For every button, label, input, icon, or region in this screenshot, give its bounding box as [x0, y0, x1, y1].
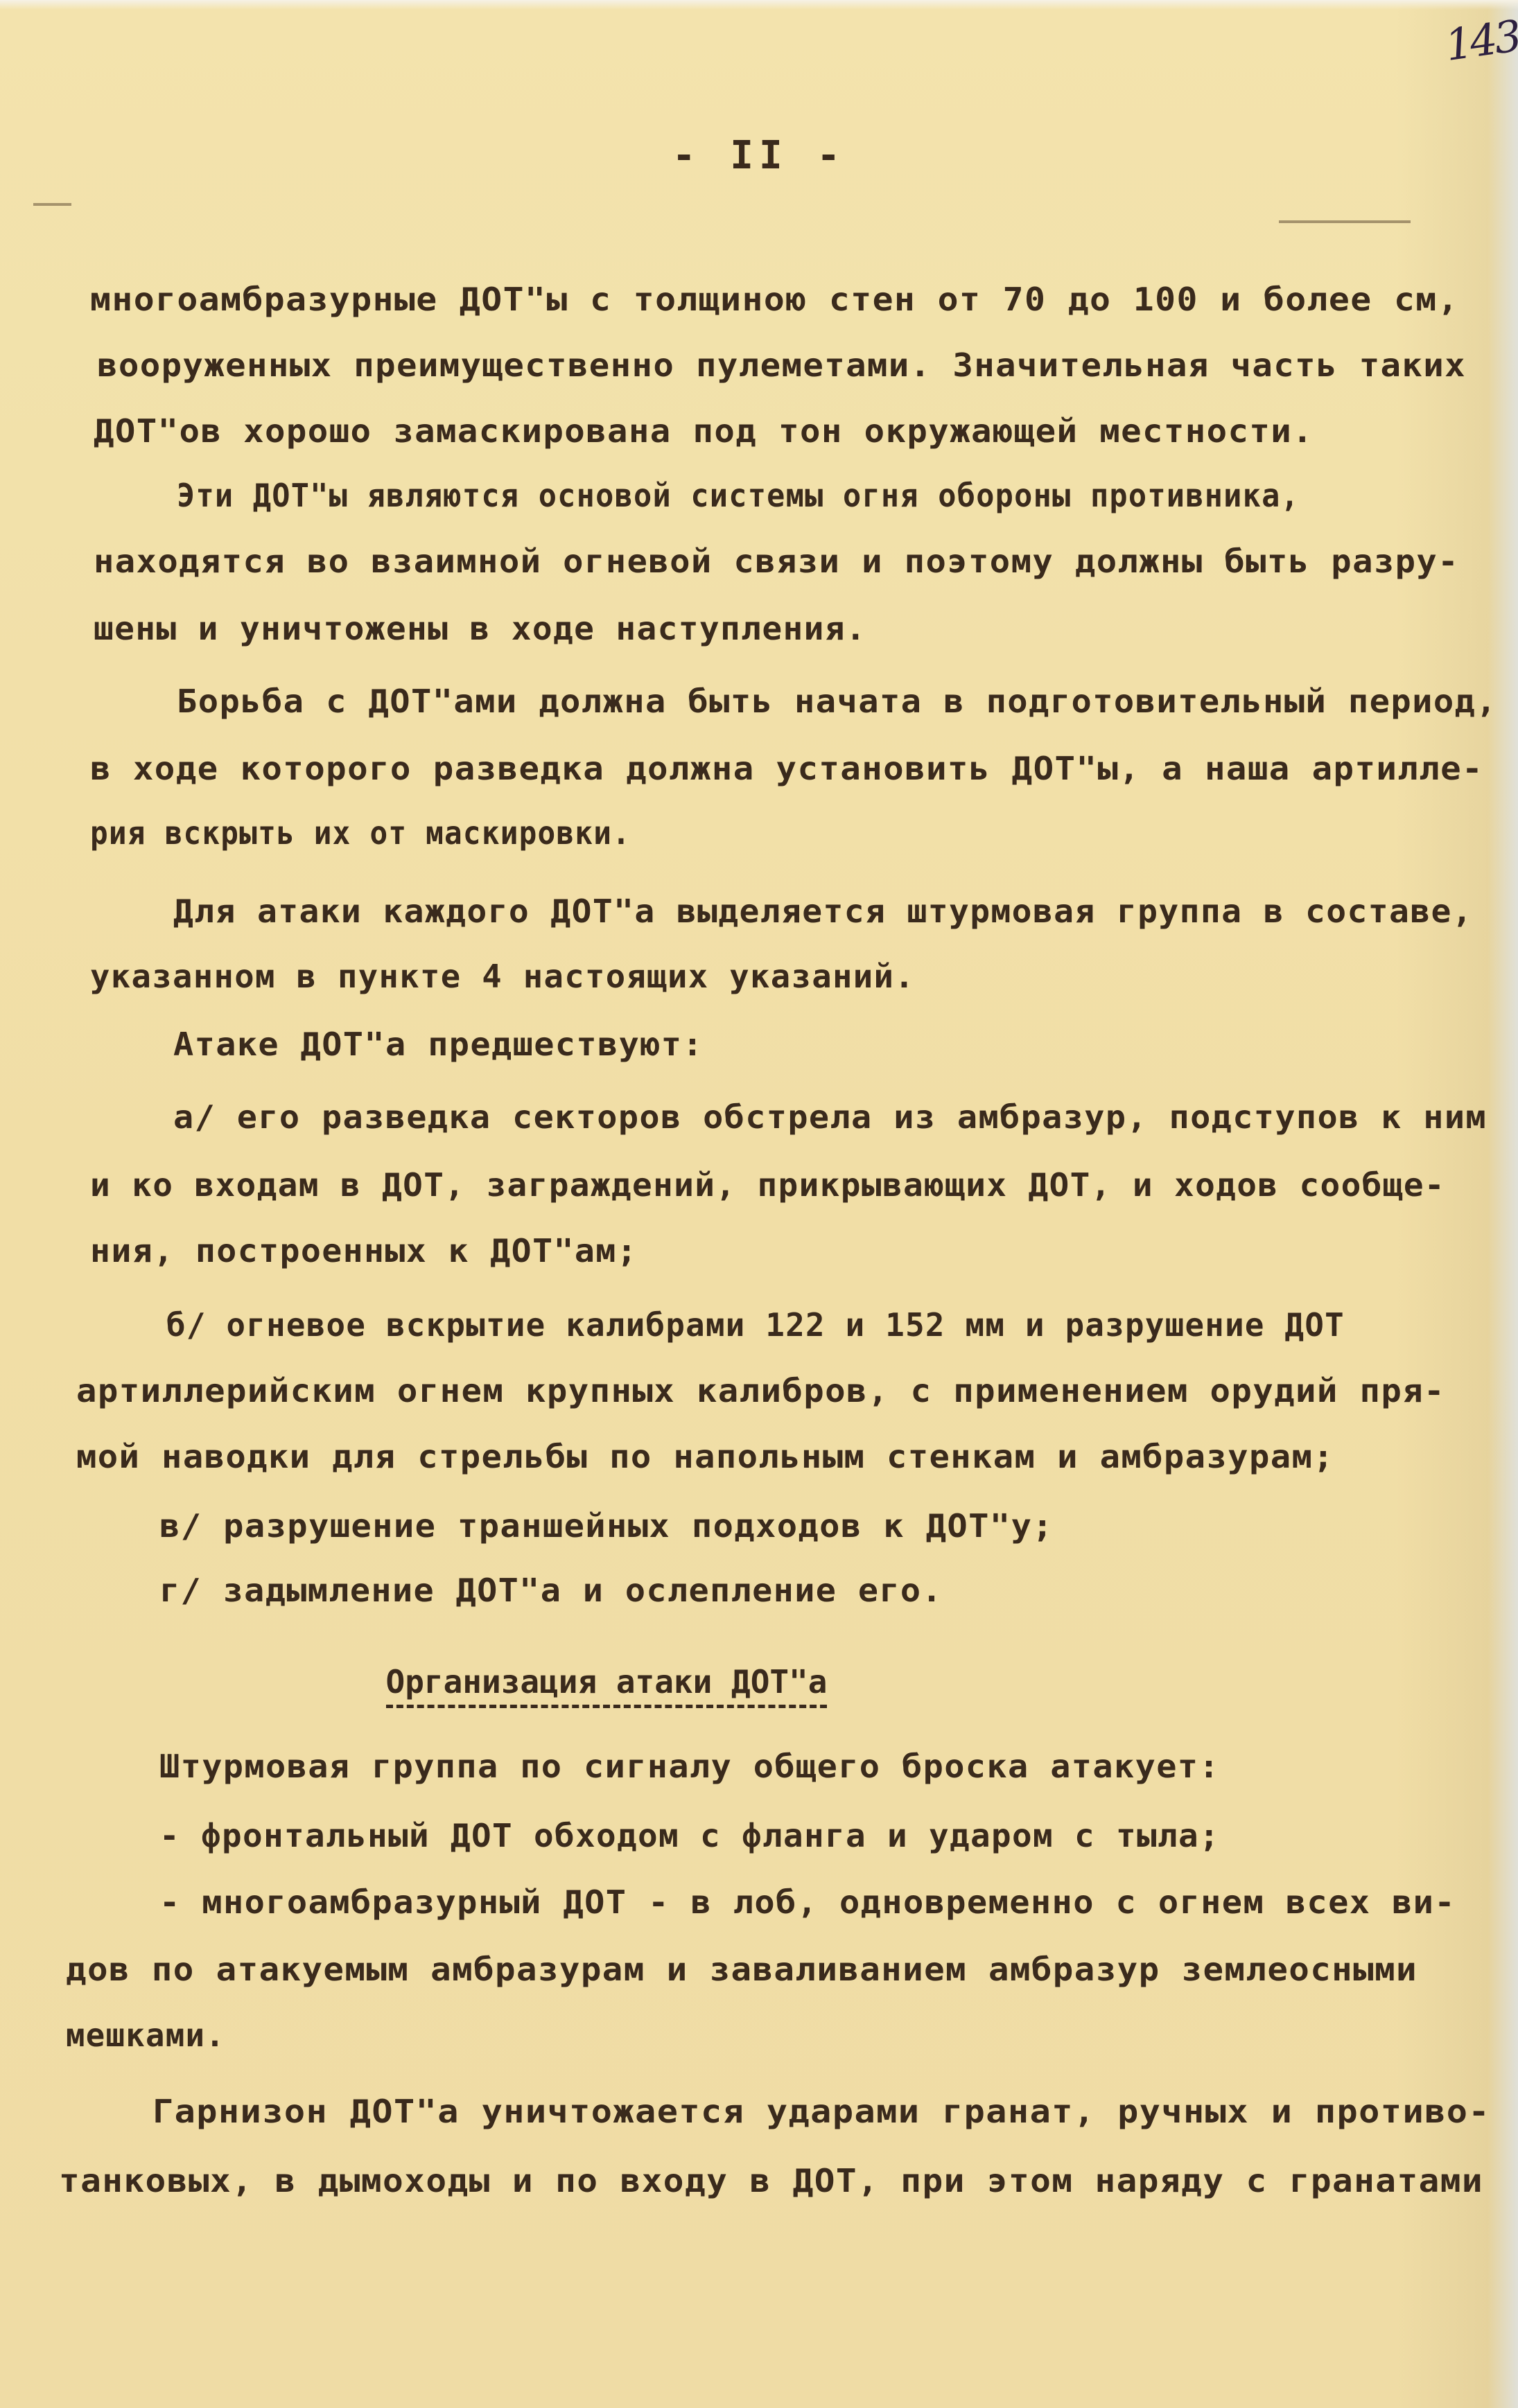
- text-line: - фронтальный ДОТ обходом с фланга и уда…: [159, 1817, 1220, 1854]
- text-line: ния, построенных к ДОТ"ам;: [90, 1232, 638, 1269]
- text-line: Борьба с ДОТ"ами должна быть начата в по…: [177, 683, 1497, 720]
- text-line: мешками.: [66, 2016, 225, 2054]
- text-line: вооруженных преимущественно пулеметами. …: [97, 346, 1466, 384]
- text-line: г/ задымление ДОТ"а и ослепление его.: [159, 1572, 943, 1609]
- text-line: шены и уничтожены в ходе наступления.: [94, 610, 866, 647]
- text-line: в/ разрушение траншейных подходов к ДОТ"…: [159, 1507, 1054, 1545]
- text-line: многоамбразурные ДОТ"ы с толщиною стен о…: [90, 281, 1459, 318]
- text-line: дов по атакуемым амбразурам и заваливани…: [66, 1951, 1417, 1988]
- margin-mark-left: [33, 203, 71, 206]
- margin-mark-right: [1279, 220, 1411, 223]
- text-line: Для атаки каждого ДОТ"а выделяется штурм…: [173, 893, 1473, 930]
- text-line: танковых, в дымоходы и по входу в ДОТ, п…: [59, 2162, 1483, 2199]
- text-line: рия вскрыть их от маскировки.: [90, 814, 631, 852]
- text-line: указанном в пункте 4 настоящих указаний.: [90, 958, 915, 995]
- text-line: - многоамбразурный ДОТ - в лоб, одноврем…: [159, 1883, 1456, 1921]
- section-heading: Организация атаки ДОТ"а: [0, 1663, 1518, 1700]
- text-line: а/ его разведка секторов обстрела из амб…: [173, 1098, 1487, 1136]
- handwritten-folio-number: 143: [1442, 10, 1518, 71]
- page-number: - II -: [0, 133, 1518, 178]
- text-line: ДОТ"ов хорошо замаскирована под тон окру…: [94, 412, 1314, 450]
- text-line: Штурмовая группа по сигналу общего броск…: [159, 1748, 1220, 1785]
- text-line: Атаке ДОТ"а предшествуют:: [173, 1026, 704, 1063]
- text-line: в ходе которого разведка должна установи…: [90, 750, 1483, 787]
- text-line: б/ огневое вскрытие калибрами 122 и 152 …: [166, 1306, 1345, 1344]
- section-heading-text: Организация атаки ДОТ"а: [386, 1663, 828, 1708]
- text-line: мой наводки для стрельбы по напольным ст…: [76, 1438, 1334, 1475]
- text-line: Гарнизон ДОТ"а уничтожается ударами гран…: [152, 2093, 1490, 2130]
- text-line: артиллерийским огнем крупных калибров, с…: [76, 1372, 1445, 1409]
- page-top-edge: [0, 0, 1518, 10]
- text-line: и ко входам в ДОТ, заграждений, прикрыва…: [90, 1166, 1445, 1204]
- text-line: Эти ДОТ"ы являются основой системы огня …: [177, 477, 1300, 514]
- text-line: находятся во взаимной огневой связи и по…: [94, 543, 1459, 580]
